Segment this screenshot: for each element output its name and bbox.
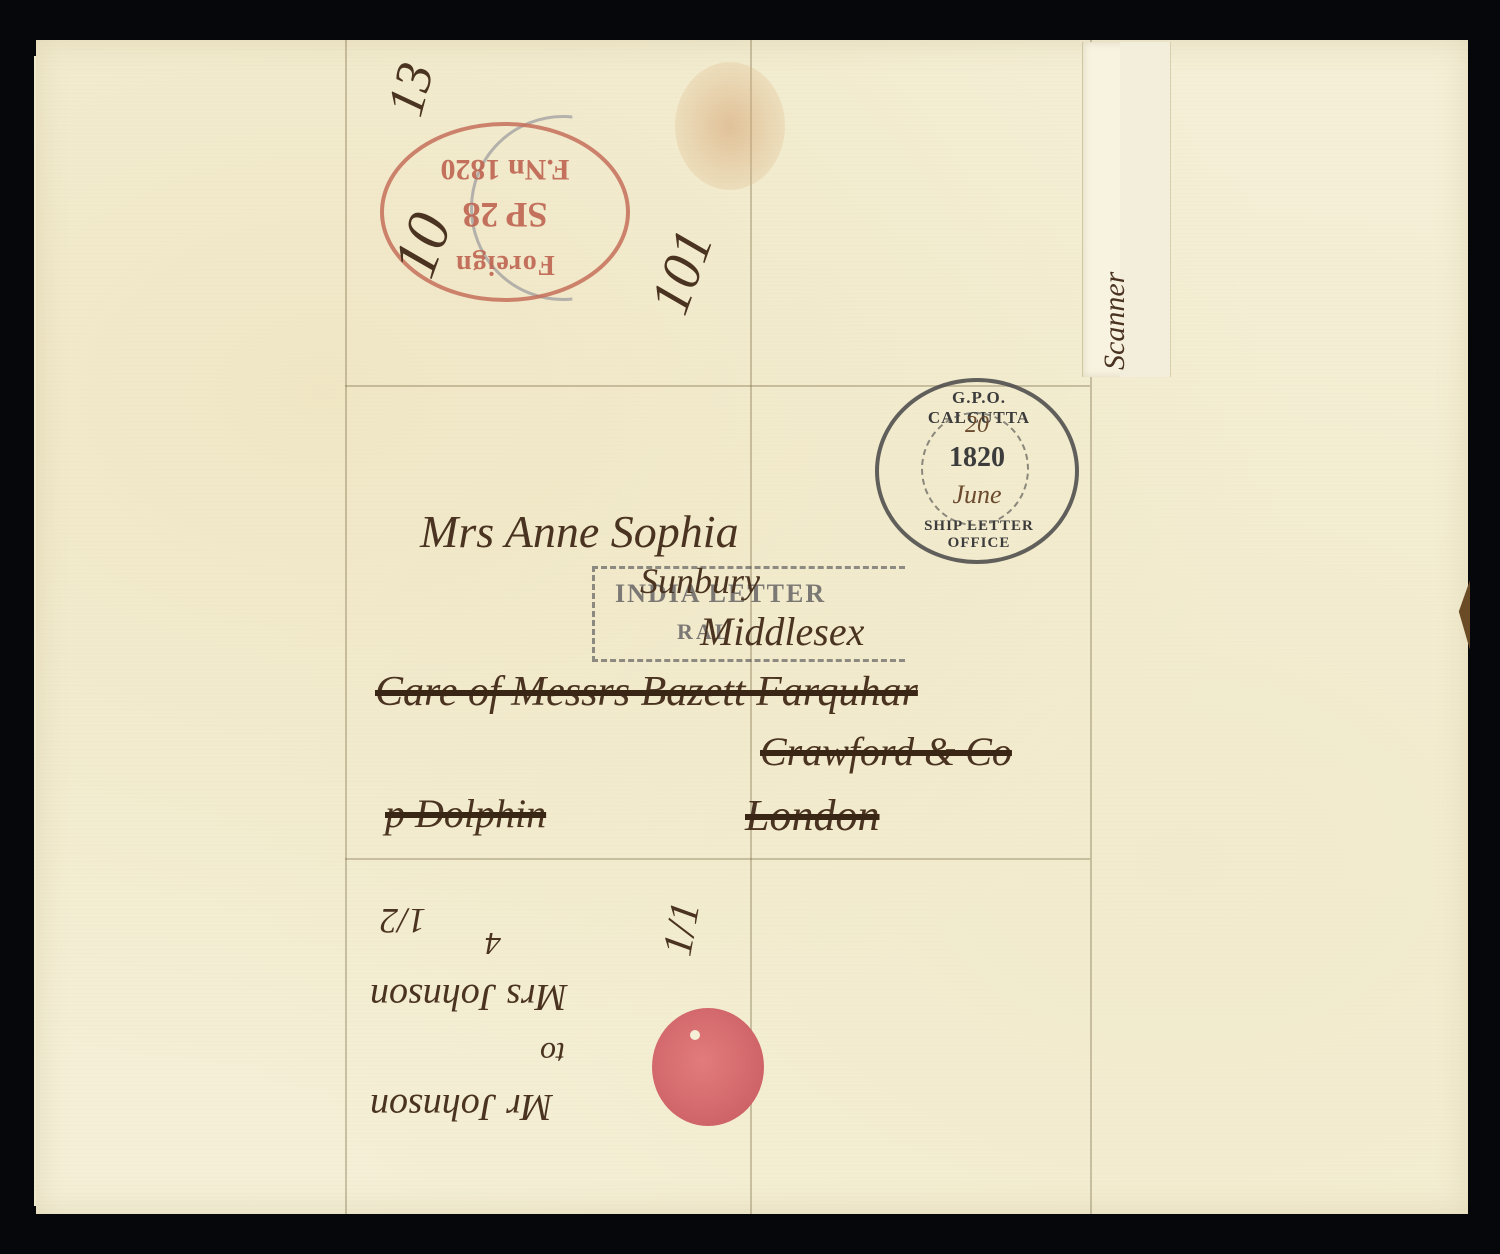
postmark-year: F.Nn 1820: [384, 152, 626, 186]
calcutta-ship-postmark: G.P.O. CALCUTTA 20 1820 June SHIP LETTER…: [875, 378, 1079, 564]
address-town: Sunbury: [640, 560, 760, 602]
addressee-name: Mrs Anne Sophia: [420, 505, 739, 558]
wax-stain: [675, 62, 785, 190]
struck-care-of: Care of Messrs Bazett Farquhar: [375, 668, 918, 716]
docket-line: 1/2: [380, 900, 426, 942]
docket-line: Mr Johnson: [370, 1085, 553, 1129]
struck-firm-line: Crawford & Co: [760, 728, 1012, 775]
seal-hole: [690, 1030, 700, 1040]
postmark-year: 1820: [879, 442, 1075, 474]
postmark-bottom-text: SHIP LETTER OFFICE: [899, 518, 1059, 552]
fold-line: [345, 40, 347, 1214]
manuscript-mark: 1/1: [654, 898, 711, 959]
red-wax-seal: [652, 1008, 764, 1126]
postmark-month: June: [879, 480, 1075, 510]
postmark-day: 20: [879, 412, 1075, 439]
struck-city: London: [745, 790, 879, 841]
struck-ship-name: p Dolphin: [385, 790, 546, 837]
address-county: Middlesex: [700, 608, 864, 655]
fold-line: [345, 858, 1090, 860]
flap-annotation: Scanner: [1098, 272, 1132, 370]
docket-line: to: [540, 1035, 565, 1072]
docket-line: Mrs Johnson: [370, 975, 567, 1019]
docket-line: 4: [485, 925, 501, 962]
